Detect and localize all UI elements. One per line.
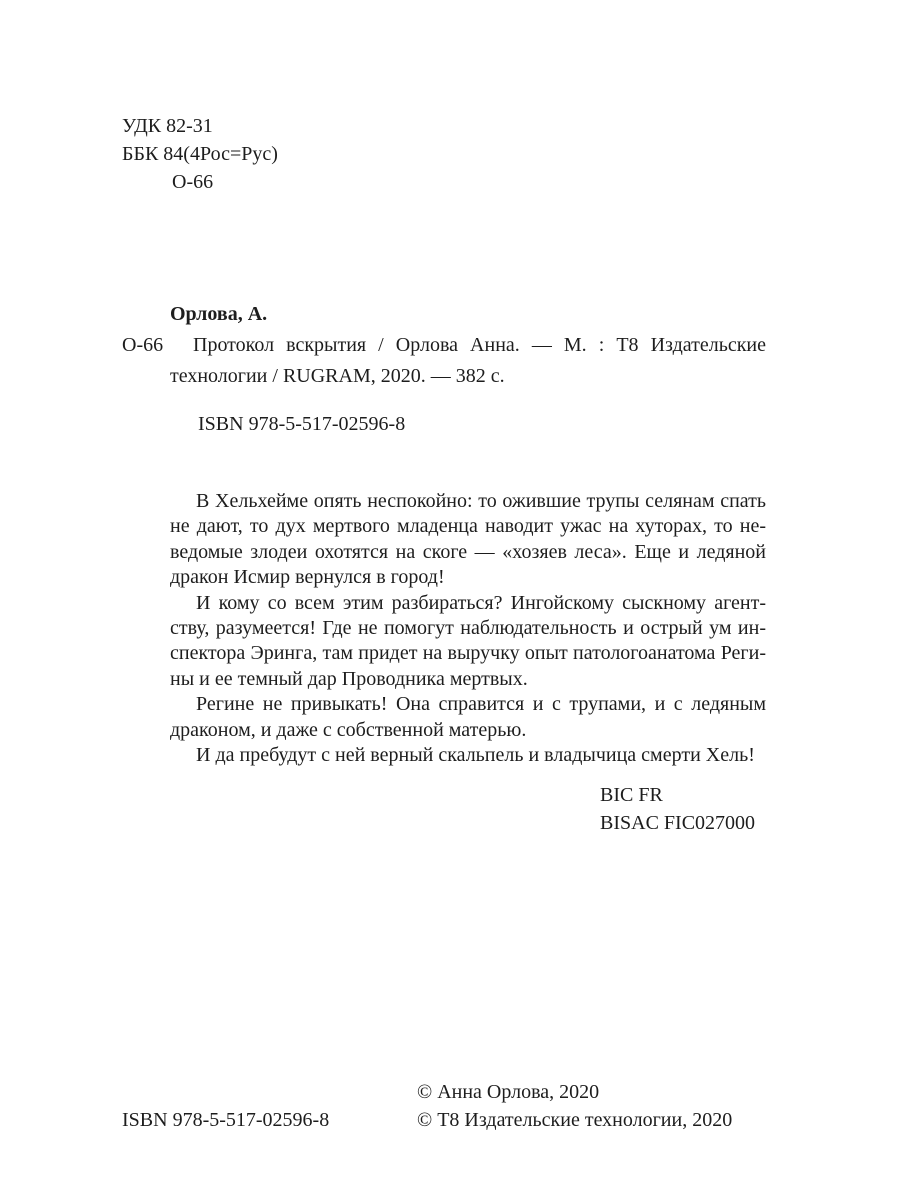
annotation-line: спектора Эринга, там придет на выручку о… (170, 641, 766, 666)
udk-line: УДК 82-31 (122, 112, 278, 140)
catalog-entry-line: технологии / RUGRAM, 2020. — 382 с. (170, 361, 766, 392)
copyright-block: © Анна Орлова, 2020 © Т8 Издательские те… (417, 1078, 732, 1134)
annotation-line: ству, разумеется! Где не помогут наблюда… (170, 616, 766, 641)
annotation-line: И да пребудут с ней верный скальпель и в… (170, 743, 766, 768)
annotation-line: ведомые злодеи охотятся на скоге — «хозя… (170, 540, 766, 565)
catalog-entry-line: Протокол вскрытия / Орлова Анна. — М. : … (170, 330, 766, 361)
catalog-entry: Протокол вскрытия / Орлова Анна. — М. : … (170, 330, 766, 391)
annotation-line: Регине не привыкать! Она справится и с т… (170, 692, 766, 717)
annotation-block: В Хельхейме опять неспокойно: то ожившие… (170, 489, 766, 768)
classification-block: УДК 82-31 ББК 84(4Рос=Рус) О-66 (122, 112, 278, 196)
annotation-line: ны и ее темный дар Проводника мертвых. (170, 667, 766, 692)
isbn-footer: ISBN 978-5-517-02596-8 (122, 1106, 329, 1134)
copyright-publisher: © Т8 Издательские технологии, 2020 (417, 1106, 732, 1134)
classification-code: О-66 (172, 168, 278, 196)
bisac-code: BISAC FIC027000 (600, 809, 755, 837)
bic-code: BIC FR (600, 781, 755, 809)
annotation-line: дракон Исмир вернулся в город! (170, 565, 766, 590)
isbn-top: ISBN 978-5-517-02596-8 (198, 410, 405, 438)
trade-codes-block: BIC FR BISAC FIC027000 (600, 781, 755, 837)
annotation-line: И кому со всем этим разбираться? Ингойск… (170, 591, 766, 616)
copyright-author: © Анна Орлова, 2020 (417, 1078, 732, 1106)
annotation-line: В Хельхейме опять неспокойно: то ожившие… (170, 489, 766, 514)
catalog-entry-code: О-66 (122, 330, 163, 360)
author-name: Орлова, А. (170, 299, 267, 329)
annotation-line: не дают, то дух мертвого младенца наводи… (170, 514, 766, 539)
annotation-line: драконом, и даже с собственной матерью. (170, 718, 766, 743)
bbk-line: ББК 84(4Рос=Рус) (122, 140, 278, 168)
copyright-page: УДК 82-31 ББК 84(4Рос=Рус) О-66 Орлова, … (0, 0, 900, 1200)
